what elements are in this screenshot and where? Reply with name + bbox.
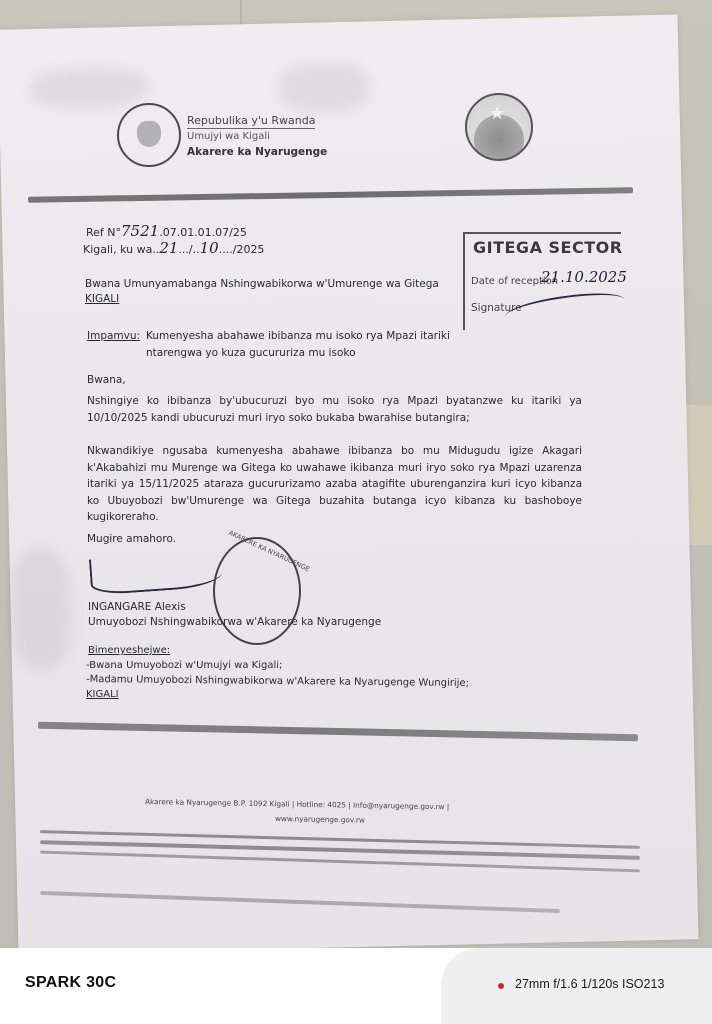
addressee-line: Bwana Umunyamabanga Nshingwabikorwa w'Um… [85, 278, 439, 290]
print-artifact-line [40, 891, 560, 913]
subject-line: Kumenyesha abahawe ibibanza mu isoko rya… [146, 330, 450, 342]
letterhead-country: Repubulika y'u Rwanda [187, 114, 315, 129]
addressee-city: KIGALI [85, 293, 119, 305]
subject-line: ntarengwa yo kuza gucururiza mu isoko [146, 347, 356, 359]
copies-location: KIGALI [86, 689, 119, 700]
district-round-stamp: AKARERE KA NYARUGENGE [213, 537, 301, 645]
exif-info: 27mm f/1.6 1/120s ISO213 [515, 977, 664, 991]
body-paragraph: Nshingiye ko ibibanza by'ubucuruzi byo m… [87, 393, 582, 426]
record-dot-icon [498, 983, 504, 989]
reference-number: Ref N°7521.07.01.01.07/25 [86, 222, 247, 240]
reference-suffix: .07.01.01.07/25 [159, 226, 247, 239]
date-year: /2025 [233, 243, 265, 256]
body-paragraph: Nkwandikiye ngusaba kumenyesha abahawe i… [87, 443, 582, 526]
camera-watermark-bar: SPARK 30C 27mm f/1.6 1/120s ISO213 [0, 948, 712, 1024]
letterhead-city: Umujyi wa Kigali [187, 131, 270, 142]
reception-stamp: GITEGA SECTOR Date of reception 21.10.20… [463, 232, 621, 330]
copies-label: Bimenyeshejwe: [88, 645, 170, 656]
stamp-date-value: 21.10.2025 [541, 268, 627, 286]
closing: Mugire amahoro. [87, 533, 176, 545]
copy-recipient: -Bwana Umuyobozi w'Umujyi wa Kigali; [86, 660, 282, 671]
signer-name: INGANGARE Alexis [88, 601, 186, 613]
copy-recipient: -Madamu Umuyobozi Nshingwabikorwa w'Akar… [86, 674, 469, 689]
place-date-prefix: Kigali, ku wa [83, 243, 152, 256]
date-day: 21 [159, 239, 178, 257]
reference-handwritten: 7521 [121, 222, 159, 240]
signature-scribble [504, 288, 626, 328]
footer-contact: Akarere ka Nyarugenge B.P. 1092 Kigali |… [145, 797, 449, 811]
date-month: 10 [200, 239, 219, 257]
letter-document: Repubulika y'u Rwanda Umujyi wa Kigali A… [0, 0, 712, 948]
device-name: SPARK 30C [25, 974, 116, 992]
place-date: Kigali, ku wa..21.../..10..../2025 [83, 239, 264, 257]
stamp-ring-text: AKARERE KA NYARUGENGE [227, 529, 310, 574]
signer-title: Umuyobozi Nshingwabikorwa w'Akarere ka N… [88, 616, 381, 628]
rwanda-coat-of-arms-icon [117, 103, 181, 167]
star-icon: ★ [489, 105, 505, 123]
footer-divider [38, 722, 638, 742]
nyarugenge-district-emblem-icon: ★ [465, 93, 533, 161]
footer-website: www.nyarugenge.gov.rw [275, 814, 365, 825]
signer-signature [89, 550, 223, 595]
letterhead-district: Akarere ka Nyarugenge [187, 146, 327, 158]
subject-label: Impamvu: [87, 330, 140, 342]
header-divider [28, 187, 633, 203]
greeting: Bwana, [87, 374, 126, 386]
photo-background: Repubulika y'u Rwanda Umujyi wa Kigali A… [0, 0, 712, 948]
reference-label: Ref N° [86, 226, 121, 239]
stamp-title: GITEGA SECTOR [473, 238, 623, 257]
